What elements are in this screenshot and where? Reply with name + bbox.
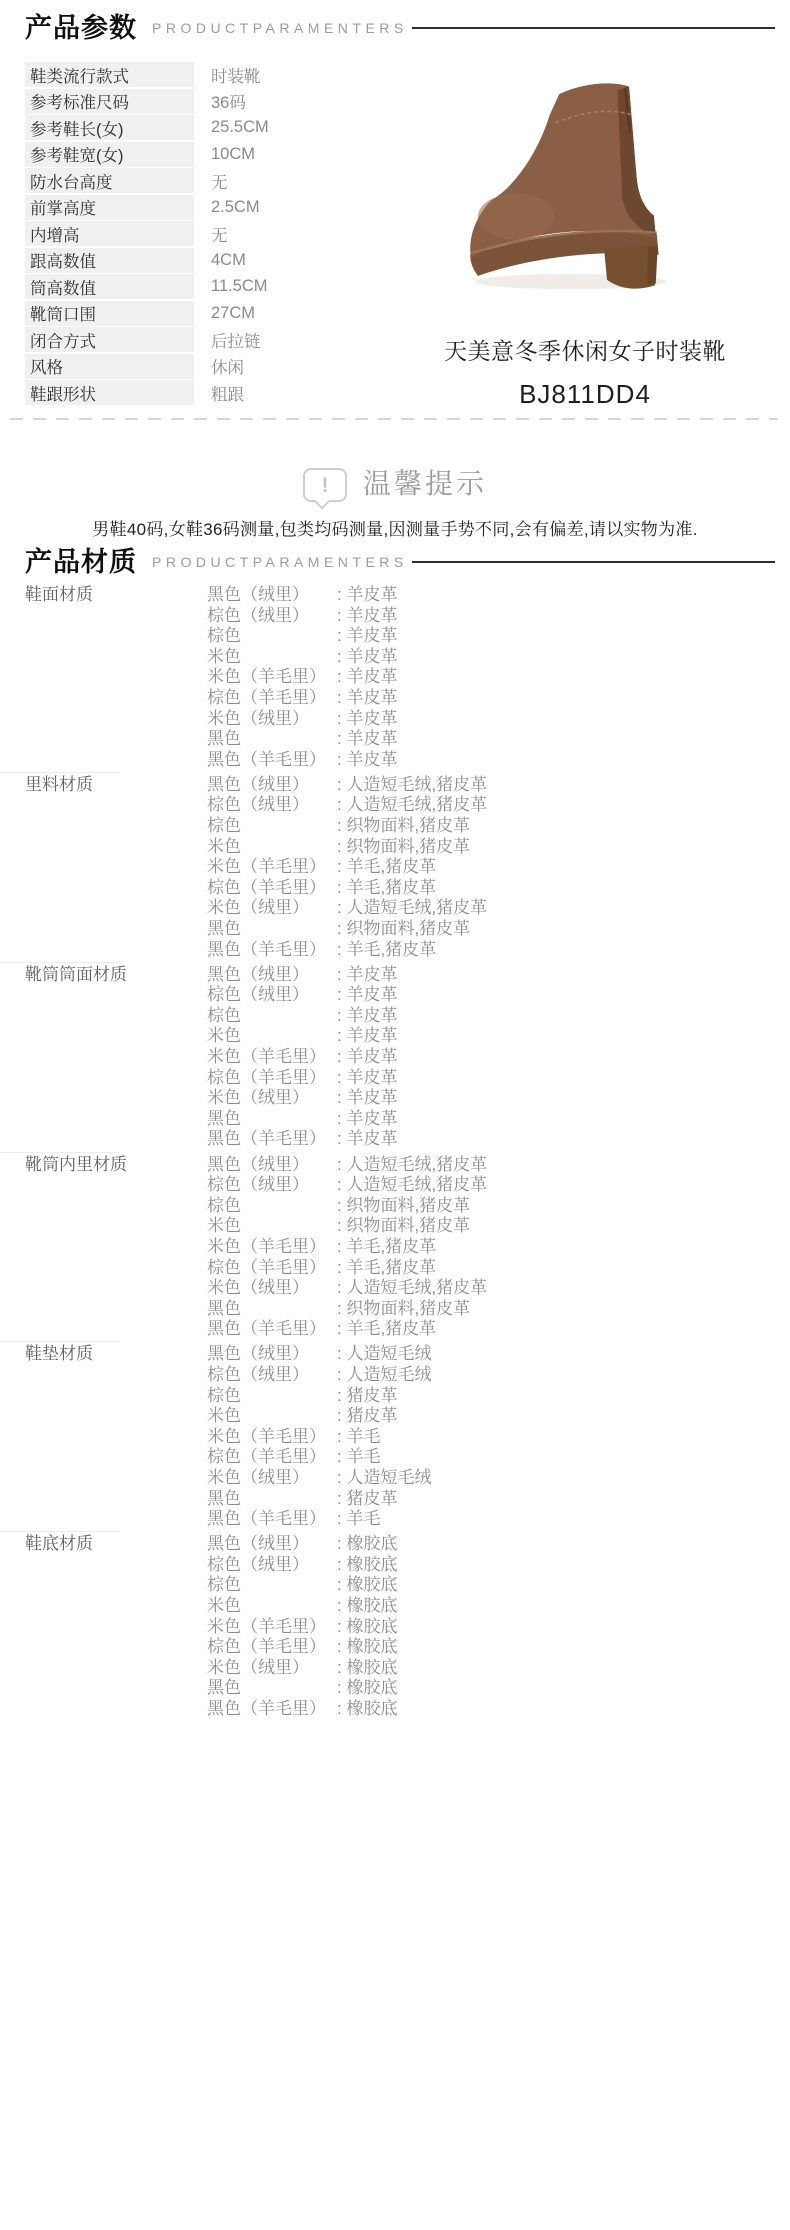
material-group-label: 鞋垫材质	[25, 1344, 207, 1529]
material-group: 靴筒内里材质 黑色（绒里） 人造短毛绒,猪皮革 棕色（绒里） 人造短毛绒,猪皮革…	[25, 1155, 775, 1340]
exclamation-glyph: !	[321, 475, 328, 496]
material-row: 棕色（羊毛里） 羊皮革	[207, 688, 775, 709]
param-label: 防水台高度	[25, 168, 194, 193]
material-row: 米色 羊皮革	[207, 1026, 775, 1047]
material-value: 人造短毛绒	[337, 1344, 431, 1365]
param-row: 靴筒口围 27CM	[25, 301, 395, 326]
material-row: 棕色 织物面料,猪皮革	[207, 816, 775, 837]
material-variant: 黑色	[207, 1489, 337, 1510]
material-group: 靴筒筒面材质 黑色（绒里） 羊皮革 棕色（绒里） 羊皮革 棕色 羊皮革 米色 羊…	[25, 965, 775, 1150]
material-rows: 黑色（绒里） 人造短毛绒,猪皮革 棕色（绒里） 人造短毛绒,猪皮革 棕色 织物面…	[207, 1155, 775, 1340]
material-value: 羊皮革	[337, 985, 397, 1006]
material-value: 羊皮革	[337, 585, 397, 606]
material-value: 羊皮革	[337, 606, 397, 627]
material-variant: 米色	[207, 1596, 337, 1617]
material-variant: 米色（羊毛里）	[207, 857, 337, 878]
material-variant: 棕色	[207, 1386, 337, 1407]
material-value: 橡胶底	[337, 1658, 397, 1679]
material-row: 黑色 橡胶底	[207, 1678, 775, 1699]
material-rows: 黑色（绒里） 人造短毛绒,猪皮革 棕色（绒里） 人造短毛绒,猪皮革 棕色 织物面…	[207, 775, 775, 960]
materials-section-subtitle: PRODUCTPARAMENTERS	[152, 554, 408, 570]
material-value: 织物面料,猪皮革	[337, 816, 470, 837]
material-variant: 棕色（绒里）	[207, 985, 337, 1006]
material-row: 棕色（绒里） 人造短毛绒	[207, 1365, 775, 1386]
params-section-header: 产品参数 PRODUCTPARAMENTERS	[25, 6, 775, 45]
param-row: 筒高数值 11.5CM	[25, 274, 395, 299]
material-row: 棕色（羊毛里） 橡胶底	[207, 1637, 775, 1658]
material-row: 棕色（绒里） 橡胶底	[207, 1555, 775, 1576]
material-row: 米色 羊皮革	[207, 647, 775, 668]
material-value: 羊皮革	[337, 1109, 397, 1130]
param-label: 靴筒口围	[25, 301, 194, 326]
materials-section-title: 产品材质	[25, 540, 137, 579]
material-variant: 米色（羊毛里）	[207, 1617, 337, 1638]
material-row: 米色（羊毛里） 羊皮革	[207, 667, 775, 688]
material-row: 米色（羊毛里） 羊毛,猪皮革	[207, 1237, 775, 1258]
material-row: 黑色（羊毛里） 羊毛	[207, 1509, 775, 1530]
material-value: 人造短毛绒,猪皮革	[337, 898, 487, 919]
material-value: 羊皮革	[337, 1129, 397, 1150]
material-row: 米色（羊毛里） 羊毛,猪皮革	[207, 857, 775, 878]
material-value: 橡胶底	[337, 1637, 397, 1658]
material-value: 橡胶底	[337, 1699, 397, 1720]
material-value: 羊皮革	[337, 709, 397, 730]
material-value: 羊皮革	[337, 626, 397, 647]
header-rule	[412, 27, 775, 29]
material-value: 羊皮革	[337, 688, 397, 709]
material-value: 羊皮革	[337, 1088, 397, 1109]
material-variant: 米色	[207, 647, 337, 668]
material-variant: 米色	[207, 837, 337, 858]
material-row: 棕色（绒里） 人造短毛绒,猪皮革	[207, 795, 775, 816]
param-row: 参考标准尺码 36码	[25, 89, 395, 114]
param-label: 参考鞋宽(女)	[25, 142, 194, 167]
material-variant: 黑色（绒里）	[207, 1344, 337, 1365]
material-value: 橡胶底	[337, 1534, 397, 1555]
material-row: 黑色（绒里） 人造短毛绒	[207, 1344, 775, 1365]
material-value: 人造短毛绒,猪皮革	[337, 1175, 487, 1196]
param-row: 参考鞋长(女) 25.5CM	[25, 115, 395, 140]
material-row: 米色（绒里） 羊皮革	[207, 1088, 775, 1109]
material-rows: 黑色（绒里） 羊皮革 棕色（绒里） 羊皮革 棕色 羊皮革 米色 羊皮革 米色（羊…	[207, 965, 775, 1150]
material-value: 橡胶底	[337, 1575, 397, 1596]
param-value: 36码	[211, 89, 246, 113]
material-variant: 米色（绒里）	[207, 898, 337, 919]
notice-text: 男鞋40码,女鞋36码测量,包类均码测量,因测量手势不同,会有偏差,请以实物为准…	[0, 515, 790, 540]
material-value: 人造短毛绒	[337, 1468, 431, 1489]
param-value: 10CM	[211, 145, 255, 164]
material-variant: 棕色（羊毛里）	[207, 878, 337, 899]
material-row: 米色（绒里） 橡胶底	[207, 1658, 775, 1679]
boot-photo-image	[460, 75, 710, 295]
material-row: 米色（绒里） 人造短毛绒,猪皮革	[207, 898, 775, 919]
material-variant: 黑色	[207, 1109, 337, 1130]
material-variant: 黑色（绒里）	[207, 1534, 337, 1555]
material-variant: 黑色（绒里）	[207, 775, 337, 796]
material-row: 米色（羊毛里） 橡胶底	[207, 1617, 775, 1638]
param-value: 无	[211, 169, 228, 193]
material-variant: 黑色（绒里）	[207, 965, 337, 986]
material-variant: 米色（羊毛里）	[207, 1047, 337, 1068]
params-table: 鞋类流行款式 时装靴 参考标准尺码 36码 参考鞋长(女) 25.5CM 参考鞋…	[25, 62, 395, 407]
material-row: 棕色 织物面料,猪皮革	[207, 1196, 775, 1217]
material-group: 鞋面材质 黑色（绒里） 羊皮革 棕色（绒里） 羊皮革 棕色 羊皮革 米色 羊皮革…	[25, 585, 775, 770]
material-variant: 棕色	[207, 626, 337, 647]
notice-header: ! 温馨提示	[0, 459, 790, 508]
material-variant: 棕色（绒里）	[207, 1555, 337, 1576]
material-value: 橡胶底	[337, 1617, 397, 1638]
material-value: 猪皮革	[337, 1489, 397, 1510]
material-row: 棕色（绒里） 羊皮革	[207, 606, 775, 627]
material-value: 人造短毛绒,猪皮革	[337, 775, 487, 796]
material-row: 黑色（绒里） 羊皮革	[207, 965, 775, 986]
material-row: 黑色（绒里） 人造短毛绒,猪皮革	[207, 1155, 775, 1176]
material-value: 羊毛,猪皮革	[337, 1237, 436, 1258]
material-value: 织物面料,猪皮革	[337, 1216, 470, 1237]
material-variant: 黑色（羊毛里）	[207, 1699, 337, 1720]
material-row: 米色（绒里） 人造短毛绒	[207, 1468, 775, 1489]
param-label: 鞋跟形状	[25, 380, 194, 405]
material-row: 黑色（绒里） 人造短毛绒,猪皮革	[207, 775, 775, 796]
product-model-code: BJ811DD4	[390, 379, 780, 410]
material-variant: 棕色	[207, 816, 337, 837]
material-row: 黑色 羊皮革	[207, 1109, 775, 1130]
material-row: 米色 织物面料,猪皮革	[207, 837, 775, 858]
material-row: 黑色（羊毛里） 羊毛,猪皮革	[207, 940, 775, 961]
param-label: 闭合方式	[25, 327, 194, 352]
param-value: 4CM	[211, 251, 246, 270]
param-value: 休闲	[211, 354, 244, 378]
material-variant: 黑色	[207, 1299, 337, 1320]
material-row: 米色（羊毛里） 羊毛	[207, 1427, 775, 1448]
material-row: 黑色（羊毛里） 羊皮革	[207, 1129, 775, 1150]
material-row: 黑色（羊毛里） 羊皮革	[207, 750, 775, 771]
material-variant: 黑色（羊毛里）	[207, 1509, 337, 1530]
material-value: 羊皮革	[337, 647, 397, 668]
material-row: 棕色（羊毛里） 羊毛,猪皮革	[207, 1258, 775, 1279]
param-label: 筒高数值	[25, 274, 194, 299]
material-variant: 棕色（绒里）	[207, 606, 337, 627]
param-row: 前掌高度 2.5CM	[25, 195, 395, 220]
material-value: 织物面料,猪皮革	[337, 1299, 470, 1320]
material-variant: 棕色（羊毛里）	[207, 1068, 337, 1089]
material-row: 黑色（羊毛里） 橡胶底	[207, 1699, 775, 1720]
param-label: 参考标准尺码	[25, 89, 194, 114]
material-variant: 米色（羊毛里）	[207, 1427, 337, 1448]
material-value: 羊皮革	[337, 1047, 397, 1068]
material-row: 黑色 织物面料,猪皮革	[207, 919, 775, 940]
material-row: 黑色 织物面料,猪皮革	[207, 1299, 775, 1320]
material-row: 米色 橡胶底	[207, 1596, 775, 1617]
header-rule	[412, 561, 775, 563]
material-variant: 米色（绒里）	[207, 1468, 337, 1489]
param-row: 鞋类流行款式 时装靴	[25, 62, 395, 87]
material-value: 羊毛	[337, 1509, 380, 1530]
param-value: 无	[211, 222, 228, 246]
material-row: 棕色 羊皮革	[207, 1006, 775, 1027]
material-row: 棕色（羊毛里） 羊毛	[207, 1447, 775, 1468]
material-group: 鞋垫材质 黑色（绒里） 人造短毛绒 棕色（绒里） 人造短毛绒 棕色 猪皮革 米色…	[25, 1344, 775, 1529]
material-variant: 黑色	[207, 1678, 337, 1699]
product-name: 天美意冬季休闲女子时装靴	[390, 333, 780, 366]
param-label: 跟高数值	[25, 248, 194, 273]
material-row: 黑色（绒里） 橡胶底	[207, 1534, 775, 1555]
material-value: 羊毛,猪皮革	[337, 878, 436, 899]
material-variant: 棕色（绒里）	[207, 1365, 337, 1386]
material-variant: 米色	[207, 1406, 337, 1427]
material-variant: 米色（绒里）	[207, 1088, 337, 1109]
param-value: 后拉链	[211, 328, 261, 352]
param-value: 11.5CM	[211, 277, 268, 296]
material-value: 猪皮革	[337, 1406, 397, 1427]
material-value: 羊毛,猪皮革	[337, 1258, 436, 1279]
param-row: 跟高数值 4CM	[25, 248, 395, 273]
material-variant: 米色（羊毛里）	[207, 667, 337, 688]
material-variant: 米色（绒里）	[207, 709, 337, 730]
material-value: 人造短毛绒,猪皮革	[337, 1278, 487, 1299]
material-value: 羊毛	[337, 1427, 380, 1448]
material-variant: 棕色（羊毛里）	[207, 688, 337, 709]
material-value: 羊皮革	[337, 1026, 397, 1047]
material-row: 棕色 橡胶底	[207, 1575, 775, 1596]
material-variant: 棕色（羊毛里）	[207, 1637, 337, 1658]
material-value: 羊毛,猪皮革	[337, 857, 436, 878]
material-rows: 黑色（绒里） 人造短毛绒 棕色（绒里） 人造短毛绒 棕色 猪皮革 米色 猪皮革 …	[207, 1344, 775, 1529]
param-row: 参考鞋宽(女) 10CM	[25, 142, 395, 167]
material-variant: 黑色（绒里）	[207, 1155, 337, 1176]
material-group: 里料材质 黑色（绒里） 人造短毛绒,猪皮革 棕色（绒里） 人造短毛绒,猪皮革 棕…	[25, 775, 775, 960]
material-row: 黑色 羊皮革	[207, 729, 775, 750]
material-variant: 米色	[207, 1216, 337, 1237]
material-group-label: 靴筒内里材质	[25, 1155, 207, 1340]
material-row: 棕色 猪皮革	[207, 1386, 775, 1407]
material-row: 棕色（绒里） 人造短毛绒,猪皮革	[207, 1175, 775, 1196]
material-variant: 棕色	[207, 1006, 337, 1027]
param-label: 鞋类流行款式	[25, 62, 194, 87]
material-group-label: 里料材质	[25, 775, 207, 960]
material-row: 米色 织物面料,猪皮革	[207, 1216, 775, 1237]
material-variant: 棕色（绒里）	[207, 1175, 337, 1196]
material-variant: 黑色	[207, 919, 337, 940]
material-variant: 米色	[207, 1026, 337, 1047]
material-row: 棕色 羊皮革	[207, 626, 775, 647]
material-value: 羊皮革	[337, 729, 397, 750]
material-variant: 棕色（绒里）	[207, 795, 337, 816]
materials-section-header: 产品材质 PRODUCTPARAMENTERS	[25, 540, 775, 579]
param-value: 时装靴	[211, 63, 261, 87]
materials-list: 鞋面材质 黑色（绒里） 羊皮革 棕色（绒里） 羊皮革 棕色 羊皮革 米色 羊皮革…	[25, 585, 775, 1724]
dashed-divider	[10, 418, 778, 420]
notice-block: ! 温馨提示 男鞋40码,女鞋36码测量,包类均码测量,因测量手势不同,会有偏差…	[0, 459, 790, 540]
material-group: 鞋底材质 黑色（绒里） 橡胶底 棕色（绒里） 橡胶底 棕色 橡胶底 米色 橡胶底…	[25, 1534, 775, 1719]
material-variant: 棕色（羊毛里）	[207, 1258, 337, 1279]
param-value: 粗跟	[211, 381, 244, 405]
material-row: 棕色（羊毛里） 羊毛,猪皮革	[207, 878, 775, 899]
param-label: 内增高	[25, 221, 194, 246]
material-value: 羊皮革	[337, 1006, 397, 1027]
param-value: 27CM	[211, 304, 255, 323]
param-value: 2.5CM	[211, 198, 260, 217]
material-row: 黑色 猪皮革	[207, 1489, 775, 1510]
material-variant: 黑色（羊毛里）	[207, 1319, 337, 1340]
material-variant: 米色（羊毛里）	[207, 1237, 337, 1258]
material-value: 羊毛	[337, 1447, 380, 1468]
param-label: 风格	[25, 354, 194, 379]
material-value: 羊皮革	[337, 1068, 397, 1089]
material-group-label: 鞋底材质	[25, 1534, 207, 1719]
product-visual: 天美意冬季休闲女子时装靴 BJ811DD4	[390, 50, 780, 410]
material-value: 橡胶底	[337, 1596, 397, 1617]
param-row: 风格 休闲	[25, 354, 395, 379]
param-value: 25.5CM	[211, 118, 269, 137]
material-row: 米色（绒里） 人造短毛绒,猪皮革	[207, 1278, 775, 1299]
material-value: 织物面料,猪皮革	[337, 919, 470, 940]
params-section-title: 产品参数	[25, 6, 137, 45]
material-row: 黑色（绒里） 羊皮革	[207, 585, 775, 606]
material-value: 羊皮革	[337, 750, 397, 771]
material-row: 棕色（绒里） 羊皮革	[207, 985, 775, 1006]
exclamation-bubble-icon: !	[303, 468, 347, 502]
material-rows: 黑色（绒里） 橡胶底 棕色（绒里） 橡胶底 棕色 橡胶底 米色 橡胶底 米色（羊…	[207, 1534, 775, 1719]
material-variant: 棕色	[207, 1575, 337, 1596]
notice-title: 温馨提示	[363, 462, 487, 502]
material-value: 人造短毛绒,猪皮革	[337, 1155, 487, 1176]
material-value: 橡胶底	[337, 1678, 397, 1699]
material-variant: 黑色（羊毛里）	[207, 940, 337, 961]
param-row: 内增高 无	[25, 221, 395, 246]
material-variant: 米色（绒里）	[207, 1658, 337, 1679]
param-row: 鞋跟形状 粗跟	[25, 380, 395, 405]
material-value: 羊毛,猪皮革	[337, 940, 436, 961]
material-row: 米色（羊毛里） 羊皮革	[207, 1047, 775, 1068]
material-variant: 黑色（绒里）	[207, 585, 337, 606]
material-group-label: 鞋面材质	[25, 585, 207, 770]
material-row: 棕色（羊毛里） 羊皮革	[207, 1068, 775, 1089]
material-value: 人造短毛绒,猪皮革	[337, 795, 487, 816]
material-variant: 棕色	[207, 1196, 337, 1217]
material-variant: 黑色	[207, 729, 337, 750]
material-value: 羊皮革	[337, 667, 397, 688]
material-row: 黑色（羊毛里） 羊毛,猪皮革	[207, 1319, 775, 1340]
param-row: 闭合方式 后拉链	[25, 327, 395, 352]
params-section-subtitle: PRODUCTPARAMENTERS	[152, 20, 408, 36]
material-variant: 黑色（羊毛里）	[207, 750, 337, 771]
material-value: 羊毛,猪皮革	[337, 1319, 436, 1340]
param-label: 参考鞋长(女)	[25, 115, 194, 140]
material-value: 猪皮革	[337, 1386, 397, 1407]
material-rows: 黑色（绒里） 羊皮革 棕色（绒里） 羊皮革 棕色 羊皮革 米色 羊皮革 米色（羊…	[207, 585, 775, 770]
material-value: 织物面料,猪皮革	[337, 1196, 470, 1217]
param-row: 防水台高度 无	[25, 168, 395, 193]
material-variant: 米色（绒里）	[207, 1278, 337, 1299]
material-row: 米色（绒里） 羊皮革	[207, 709, 775, 730]
material-value: 人造短毛绒	[337, 1365, 431, 1386]
material-variant: 黑色（羊毛里）	[207, 1129, 337, 1150]
material-value: 织物面料,猪皮革	[337, 837, 470, 858]
material-group-label: 靴筒筒面材质	[25, 965, 207, 1150]
param-label: 前掌高度	[25, 195, 194, 220]
material-variant: 棕色（羊毛里）	[207, 1447, 337, 1468]
material-row: 米色 猪皮革	[207, 1406, 775, 1427]
product-detail-page: 产品参数 PRODUCTPARAMENTERS 鞋类流行款式 时装靴 参考标准尺…	[0, 0, 790, 2230]
material-value: 橡胶底	[337, 1555, 397, 1576]
material-value: 羊皮革	[337, 965, 397, 986]
